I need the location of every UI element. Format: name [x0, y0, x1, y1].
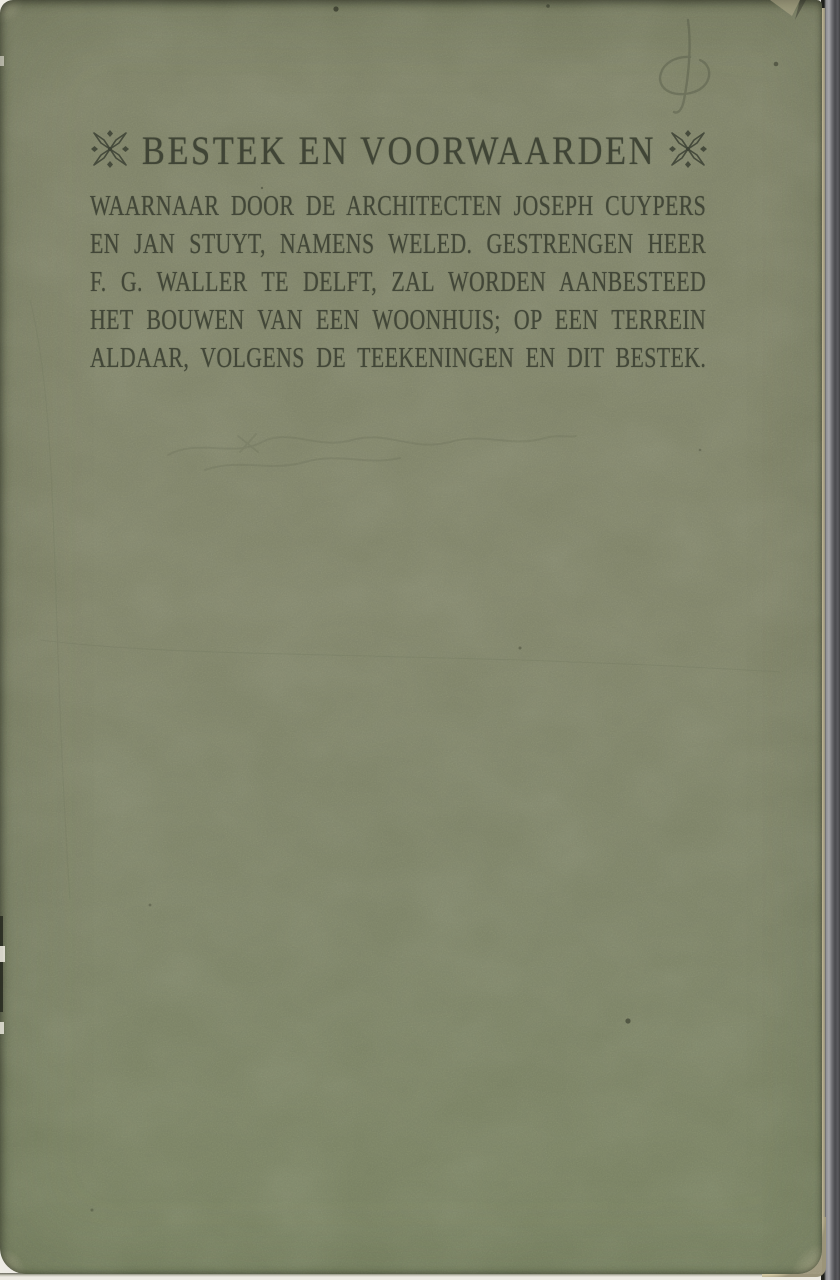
pencil-initial-top-right — [660, 20, 709, 113]
scanned-book-cover-page: BESTEK EN VOORWAARDEN — [0, 0, 840, 1280]
fleuron-ornament-left-icon — [90, 129, 130, 169]
subtitle-line: F. G. WALLER TE DELFT, ZAL WORDEN AANBES… — [90, 264, 706, 302]
cover-title: BESTEK EN VOORWAARDEN — [133, 124, 664, 178]
fleuron-ornament-right-icon — [668, 129, 708, 169]
cover-subtitle: WAARNAAR DOOR DE ARCHITECTEN JOSEPH CUYP… — [90, 188, 706, 378]
book-cover: BESTEK EN VOORWAARDEN — [0, 0, 822, 1274]
binding-staple-marks — [0, 56, 5, 1034]
scan-background-bottom-strip — [0, 1273, 821, 1280]
pencil-scribble-center — [168, 434, 576, 470]
paper-creases — [30, 300, 780, 900]
subtitle-line: HET BOUWEN VAN EEN WOONHUIS; OP EEN TERR… — [90, 302, 706, 340]
subtitle-line: WAARNAAR DOOR DE ARCHITECTEN JOSEPH CUYP… — [90, 188, 706, 226]
printed-cover-text: BESTEK EN VOORWAARDEN — [90, 124, 708, 378]
title-row: BESTEK EN VOORWAARDEN — [90, 124, 708, 178]
subtitle-line: ALDAAR, VOLGENS DE TEEKENINGEN EN DIT BE… — [90, 340, 706, 378]
corner-fold-shadow — [795, 0, 806, 20]
subtitle-line: EN JAN STUYT, NAMENS WELED. GESTRENGEN H… — [90, 226, 706, 264]
corner-fold-mark — [770, 0, 800, 16]
